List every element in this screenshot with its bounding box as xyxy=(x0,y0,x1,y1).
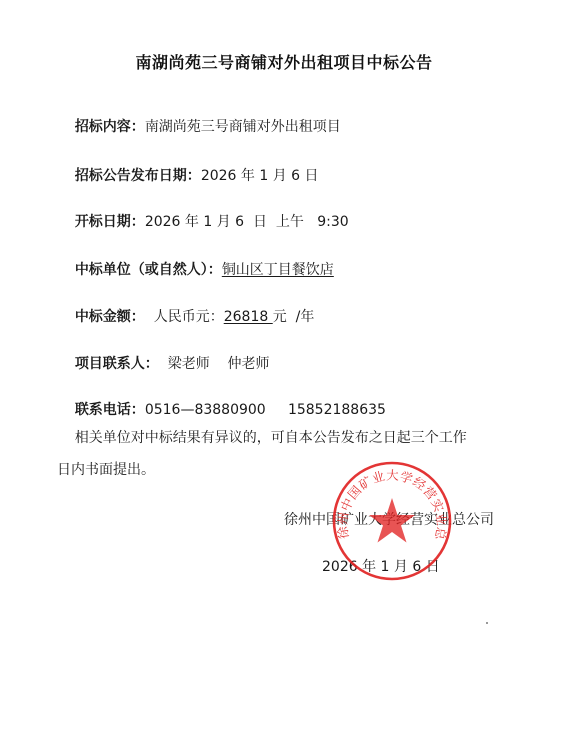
field-value: 0516—83880900 15852188635 xyxy=(145,402,386,418)
document-page: 南湖尚苑三号商铺对外出租项目中标公告 招标内容：南湖尚苑三号商铺对外出租项目 招… xyxy=(0,0,568,730)
issuing-company: 徐州中国矿业大学经营实业总公司 xyxy=(284,510,494,530)
amount-value: 26818 xyxy=(224,309,273,325)
field-value: 梁老师 仲老师 xyxy=(159,356,270,372)
field-value: 2026 年 1 月 6 日 xyxy=(201,168,319,184)
field-label: 招标内容： xyxy=(75,119,145,135)
field-label: 中标单位（或自然人）： xyxy=(75,262,222,278)
field-label: 招标公告发布日期： xyxy=(75,168,201,184)
field-value: 南湖尚苑三号商铺对外出租项目 xyxy=(145,119,341,135)
scan-artifact xyxy=(486,622,488,624)
field-label: 项目联系人： xyxy=(75,356,159,372)
field-value: 铜山区丁目餐饮店 xyxy=(222,262,334,278)
notice-paragraph-line-1: 相关单位对中标结果有异议的，可自本公告发布之日起三个工作 xyxy=(57,428,467,448)
field-label: 中标金额： xyxy=(75,309,145,325)
amount-suffix: 元 /年 xyxy=(273,309,315,325)
amount-prefix: 人民币元： xyxy=(145,309,224,325)
field-label: 开标日期： xyxy=(75,214,145,230)
field-label: 联系电话： xyxy=(75,402,145,418)
document-title: 南湖尚苑三号商铺对外出租项目中标公告 xyxy=(0,50,568,73)
signature-date: 2026 年 1 月 6 日 xyxy=(322,557,440,577)
field-value: 2026 年 1 月 6 日 上午 9:30 xyxy=(145,214,349,230)
notice-paragraph-line-2: 日内书面提出。 xyxy=(57,460,155,480)
